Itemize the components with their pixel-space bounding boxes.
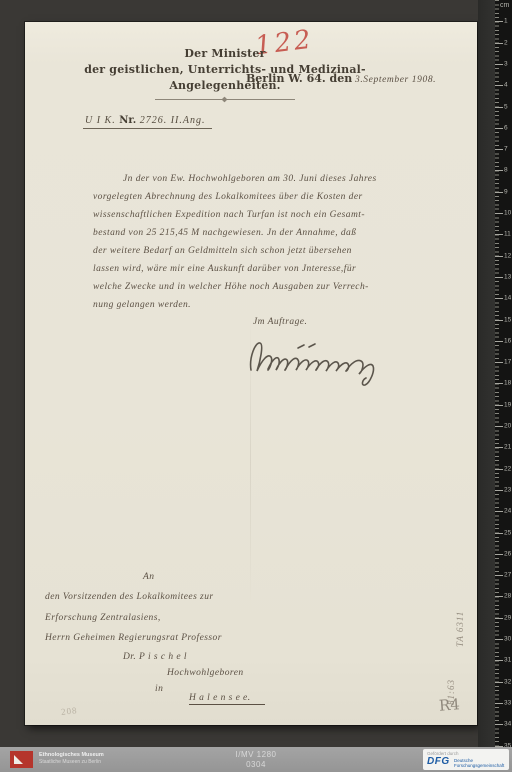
divider-ornament-icon: [222, 97, 228, 103]
ruler-number: 14: [504, 295, 511, 302]
ruler-number: 21: [504, 444, 511, 451]
ruler-cm-tick: [495, 533, 503, 534]
ruler-cm-tick: [495, 341, 503, 342]
body-line: vorgelegten Abrechnung des Lokalkomitees…: [93, 188, 471, 206]
letter-page: 122 Der Minister der geistlichen, Unterr…: [25, 22, 477, 725]
body-line: lassen wird, wäre mir eine Auskunft darü…: [93, 260, 471, 278]
address-line: in: [155, 684, 163, 694]
reference-line: U I K. Nr. 2726. II.Ang.: [83, 115, 212, 129]
address-line: Herrn Geheimen Regierungsrat Professor: [45, 633, 222, 643]
letterhead-line1: Der Minister: [77, 46, 373, 62]
ruler-number: 20: [504, 423, 511, 430]
ruler-cm-tick: [495, 256, 503, 257]
ruler-cm-tick: [495, 660, 503, 661]
ruler-number: 9: [504, 188, 508, 195]
dateline-typed: 3.September 1908.: [355, 75, 436, 85]
ruler-cm-tick: [495, 64, 503, 65]
ruler-number: 11: [504, 231, 511, 238]
address-line: Dr. P i s c h e l: [123, 652, 187, 662]
ruler-bar: [478, 0, 495, 747]
ruler-cm-tick: [495, 469, 503, 470]
ruler-cm-tick: [495, 21, 503, 22]
cm-ruler: cm 1234567891011121314151617181920212223…: [478, 0, 512, 747]
ruler-cm-tick: [495, 213, 503, 214]
ruler-number: 33: [504, 699, 511, 706]
dateline-printed: Berlin W. 64. den: [246, 72, 352, 85]
ruler-cm-tick: [495, 149, 503, 150]
ruler-number: 30: [504, 636, 511, 643]
ruler-cm-tick: [495, 426, 503, 427]
dfg-abbr: DFG: [427, 756, 450, 767]
ruler-cm-tick: [495, 554, 503, 555]
ruler-number: 2: [504, 39, 508, 46]
ruler-number: 16: [504, 337, 511, 344]
ruler-cm-tick: [495, 85, 503, 86]
ruler-number: 29: [504, 614, 511, 621]
address-line: H a l e n s e e.: [189, 693, 265, 705]
ruler-number: 32: [504, 678, 511, 685]
ruler-number: 8: [504, 167, 508, 174]
ruler-number: 3: [504, 60, 508, 67]
ruler-number: 26: [504, 550, 511, 557]
ruler-cm-tick: [495, 724, 503, 725]
ruler-number: 28: [504, 593, 511, 600]
body-line: nung gelangen werden.: [93, 296, 471, 314]
ruler-cm-tick: [495, 383, 503, 384]
ruler-cm-tick: [495, 43, 503, 44]
dateline: Berlin W. 64. den 3.September 1908.: [246, 72, 436, 85]
dfg-logo: Gefördert durch DFG Deutsche Forschungsg…: [423, 749, 509, 770]
ruler-cm-tick: [495, 107, 503, 108]
ruler-cm-tick: [495, 362, 503, 363]
ruler-cm-tick: [495, 447, 503, 448]
ruler-number: 13: [504, 273, 511, 280]
ruler-cm-tick: [495, 277, 503, 278]
ruler-cm-tick: [495, 703, 503, 704]
ruler-cm-tick: [495, 298, 503, 299]
ruler-number: 23: [504, 486, 511, 493]
pencil-number-bottom-left: 208: [61, 705, 78, 717]
letterhead-divider: [155, 99, 295, 106]
ruler-number: 1: [504, 18, 508, 25]
ruler-cm-tick: [495, 405, 503, 406]
ruler-number: 10: [504, 210, 511, 217]
dfg-name-line2: Forschungsgemeinschaft: [454, 763, 504, 768]
signature: [243, 328, 408, 390]
body-line: Jn der von Ew. Hochwohlgeboren am 30. Ju…: [93, 170, 471, 188]
reference-nr: Nr.: [119, 115, 136, 126]
body-line: welche Zwecke und in welcher Höhe noch A…: [93, 278, 471, 296]
viewer-footer: Ethnologisches Museum Staatliche Museen …: [0, 747, 512, 772]
closing-formula: Jm Auftrage.: [253, 317, 307, 327]
ruler-cm-tick: [495, 682, 503, 683]
ruler-mm-ticks: [495, 0, 499, 746]
ruler-number: 27: [504, 572, 511, 579]
body-line: bestand von 25 215,45 M nachgewiesen. Jn…: [93, 224, 471, 242]
ruler-number: 5: [504, 103, 508, 110]
ruler-number: 18: [504, 380, 511, 387]
ruler-number: 19: [504, 401, 511, 408]
ruler-number: 6: [504, 124, 508, 131]
ruler-number: 7: [504, 146, 508, 153]
ruler-cm-tick: [495, 128, 503, 129]
ruler-cm-tick: [495, 170, 503, 171]
address-line: Erforschung Zentralasiens,: [45, 613, 161, 623]
ruler-number: 4: [504, 82, 508, 89]
address-line: den Vorsitzenden des Lokalkomitees zur: [45, 592, 214, 602]
address-line: Hochwohlgeboren: [167, 668, 244, 678]
letter-body: Jn der von Ew. Hochwohlgeboren am 30. Ju…: [93, 170, 471, 314]
ruler-number: 31: [504, 657, 511, 664]
reference-prefix: U I K.: [85, 115, 116, 126]
ruler-cm-tick: [495, 596, 503, 597]
ruler-cm-tick: [495, 639, 503, 640]
ruler-cm-tick: [495, 490, 503, 491]
ruler-number: 34: [504, 721, 511, 728]
scan-stage: 122 Der Minister der geistlichen, Unterr…: [0, 0, 512, 772]
ruler-cm-tick: [495, 234, 503, 235]
reference-number: 2726. II.Ang.: [140, 115, 206, 126]
body-line: der weitere Bedarf an Geldmitteln sich s…: [93, 242, 471, 260]
ruler-cm-tick: [495, 192, 503, 193]
ruler-number: 17: [504, 359, 511, 366]
ruler-number: 24: [504, 508, 511, 515]
ruler-cm-tick: [495, 618, 503, 619]
ruler-number: 15: [504, 316, 511, 323]
pencil-initials-bottom-right: R4: [438, 695, 460, 714]
ruler-number: 25: [504, 529, 511, 536]
body-line: wissenschaftlichen Expedition nach Turfa…: [93, 206, 471, 224]
dfg-name: Deutsche Forschungsgemeinschaft: [454, 758, 504, 768]
ruler-cm-tick: [495, 511, 503, 512]
ruler-unit-label: cm: [500, 2, 509, 9]
ruler-cm-tick: [495, 320, 503, 321]
ruler-number: 22: [504, 465, 511, 472]
archive-mark-upper: TA 6311: [455, 555, 465, 647]
ruler-number: 12: [504, 252, 511, 259]
address-line: An: [143, 572, 154, 582]
ruler-cm-tick: [495, 575, 503, 576]
